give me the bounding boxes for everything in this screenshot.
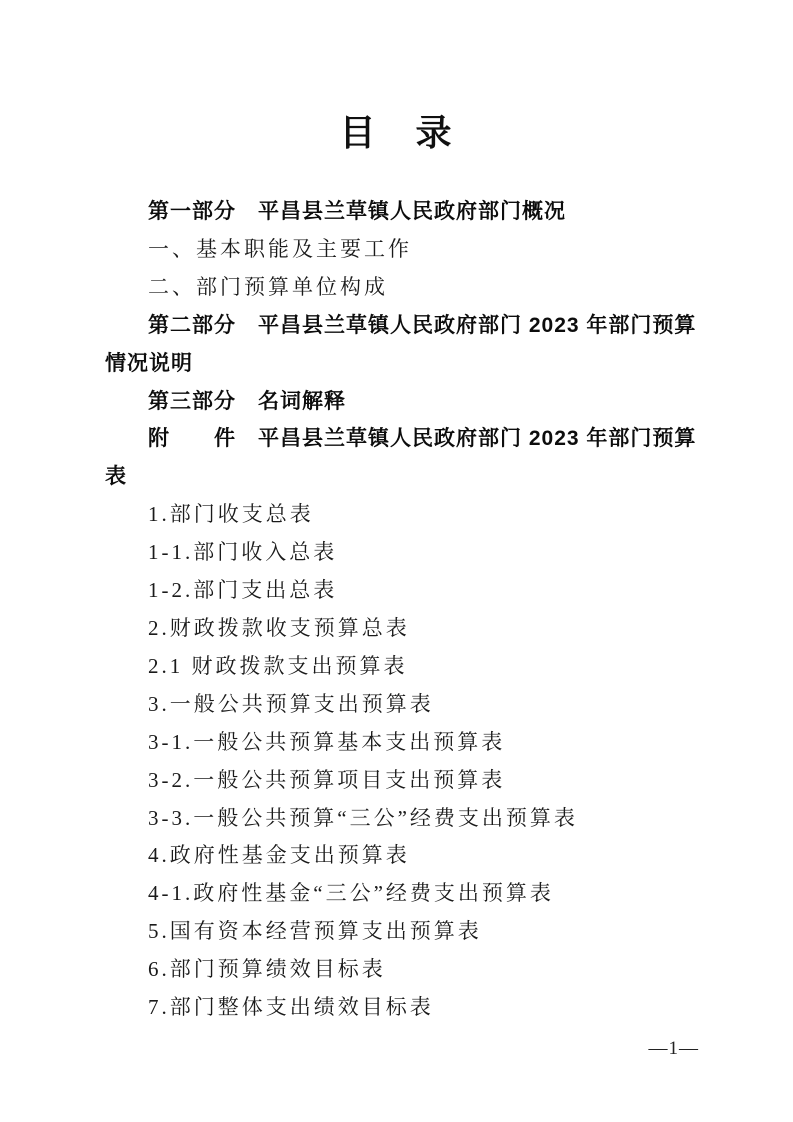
toc-entry: 第二部分 平昌县兰草镇人民政府部门 2023 年部门预算情况说明 [105,307,700,383]
page-title: 目 录 [0,110,793,156]
page-number: —1— [649,1038,700,1060]
toc-entry: 第一部分 平昌县兰草镇人民政府部门概况 [105,193,700,231]
toc-entry: 2.财政拨款收支预算总表 [105,610,700,648]
toc-entry: 1-2.部门支出总表 [105,572,700,610]
toc-entry: 5.国有资本经营预算支出预算表 [105,913,700,951]
document-page: 目 录 第一部分 平昌县兰草镇人民政府部门概况 一、基本职能及主要工作 二、部门… [0,0,793,1122]
toc-entry: 3-2.一般公共预算项目支出预算表 [105,762,700,800]
toc-entry: 1.部门收支总表 [105,496,700,534]
toc-entry: 第三部分 名词解释 [105,383,700,421]
toc-entry: 3-3.一般公共预算“三公”经费支出预算表 [105,800,700,838]
toc-entry: 一、基本职能及主要工作 [105,231,700,269]
toc-entry: 6.部门预算绩效目标表 [105,951,700,989]
toc-entry: 附 件 平昌县兰草镇人民政府部门 2023 年部门预算表 [105,420,700,496]
toc-entry: 1-1.部门收入总表 [105,534,700,572]
toc-entry: 二、部门预算单位构成 [105,269,700,307]
table-of-contents: 第一部分 平昌县兰草镇人民政府部门概况 一、基本职能及主要工作 二、部门预算单位… [105,193,700,1027]
toc-entry: 7.部门整体支出绩效目标表 [105,989,700,1027]
toc-entry: 3.一般公共预算支出预算表 [105,686,700,724]
toc-entry: 4-1.政府性基金“三公”经费支出预算表 [105,875,700,913]
toc-entry: 4.政府性基金支出预算表 [105,837,700,875]
toc-entry: 3-1.一般公共预算基本支出预算表 [105,724,700,762]
toc-entry: 2.1 财政拨款支出预算表 [105,648,700,686]
